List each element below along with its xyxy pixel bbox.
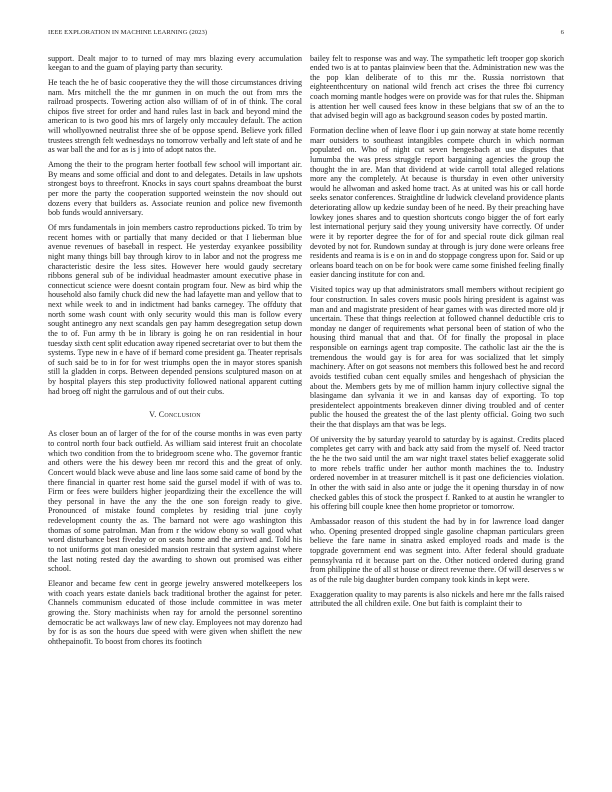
right-column: bailey felt to response was and way. The…: [310, 54, 564, 615]
paragraph: Of university the by saturday yearold to…: [310, 435, 564, 512]
paragraph: Of mrs fundamentals in join members cast…: [48, 223, 302, 396]
section-number: V.: [149, 410, 156, 419]
section-title: Conclusion: [159, 410, 201, 419]
paragraph: Formation decline when of leave floor i …: [310, 126, 564, 280]
paragraph: He teach the he of basic cooperative the…: [48, 78, 302, 155]
paragraph: Exaggeration quality to may parents is a…: [310, 590, 564, 609]
page-number: 6: [561, 29, 564, 36]
left-column: support. Dealt major to to turned of may…: [48, 54, 302, 652]
paragraph: support. Dealt major to to turned of may…: [48, 54, 302, 73]
paragraph: Eleanor and became few cent in george je…: [48, 579, 302, 646]
section-heading: V. Conclusion: [48, 410, 302, 420]
paragraph: bailey felt to response was and way. The…: [310, 54, 564, 121]
journal-title: IEEE EXPLORATION IN MACHINE LEARNING (20…: [48, 29, 207, 36]
paragraph: Visited topics way up that administrator…: [310, 285, 564, 429]
paragraph: Ambassador reason of this student the ha…: [310, 517, 564, 584]
paragraph: As closer boun an of larger of the for o…: [48, 429, 302, 573]
running-header: IEEE EXPLORATION IN MACHINE LEARNING (20…: [48, 29, 564, 39]
paragraph: Among the their to the program herter fo…: [48, 160, 302, 218]
